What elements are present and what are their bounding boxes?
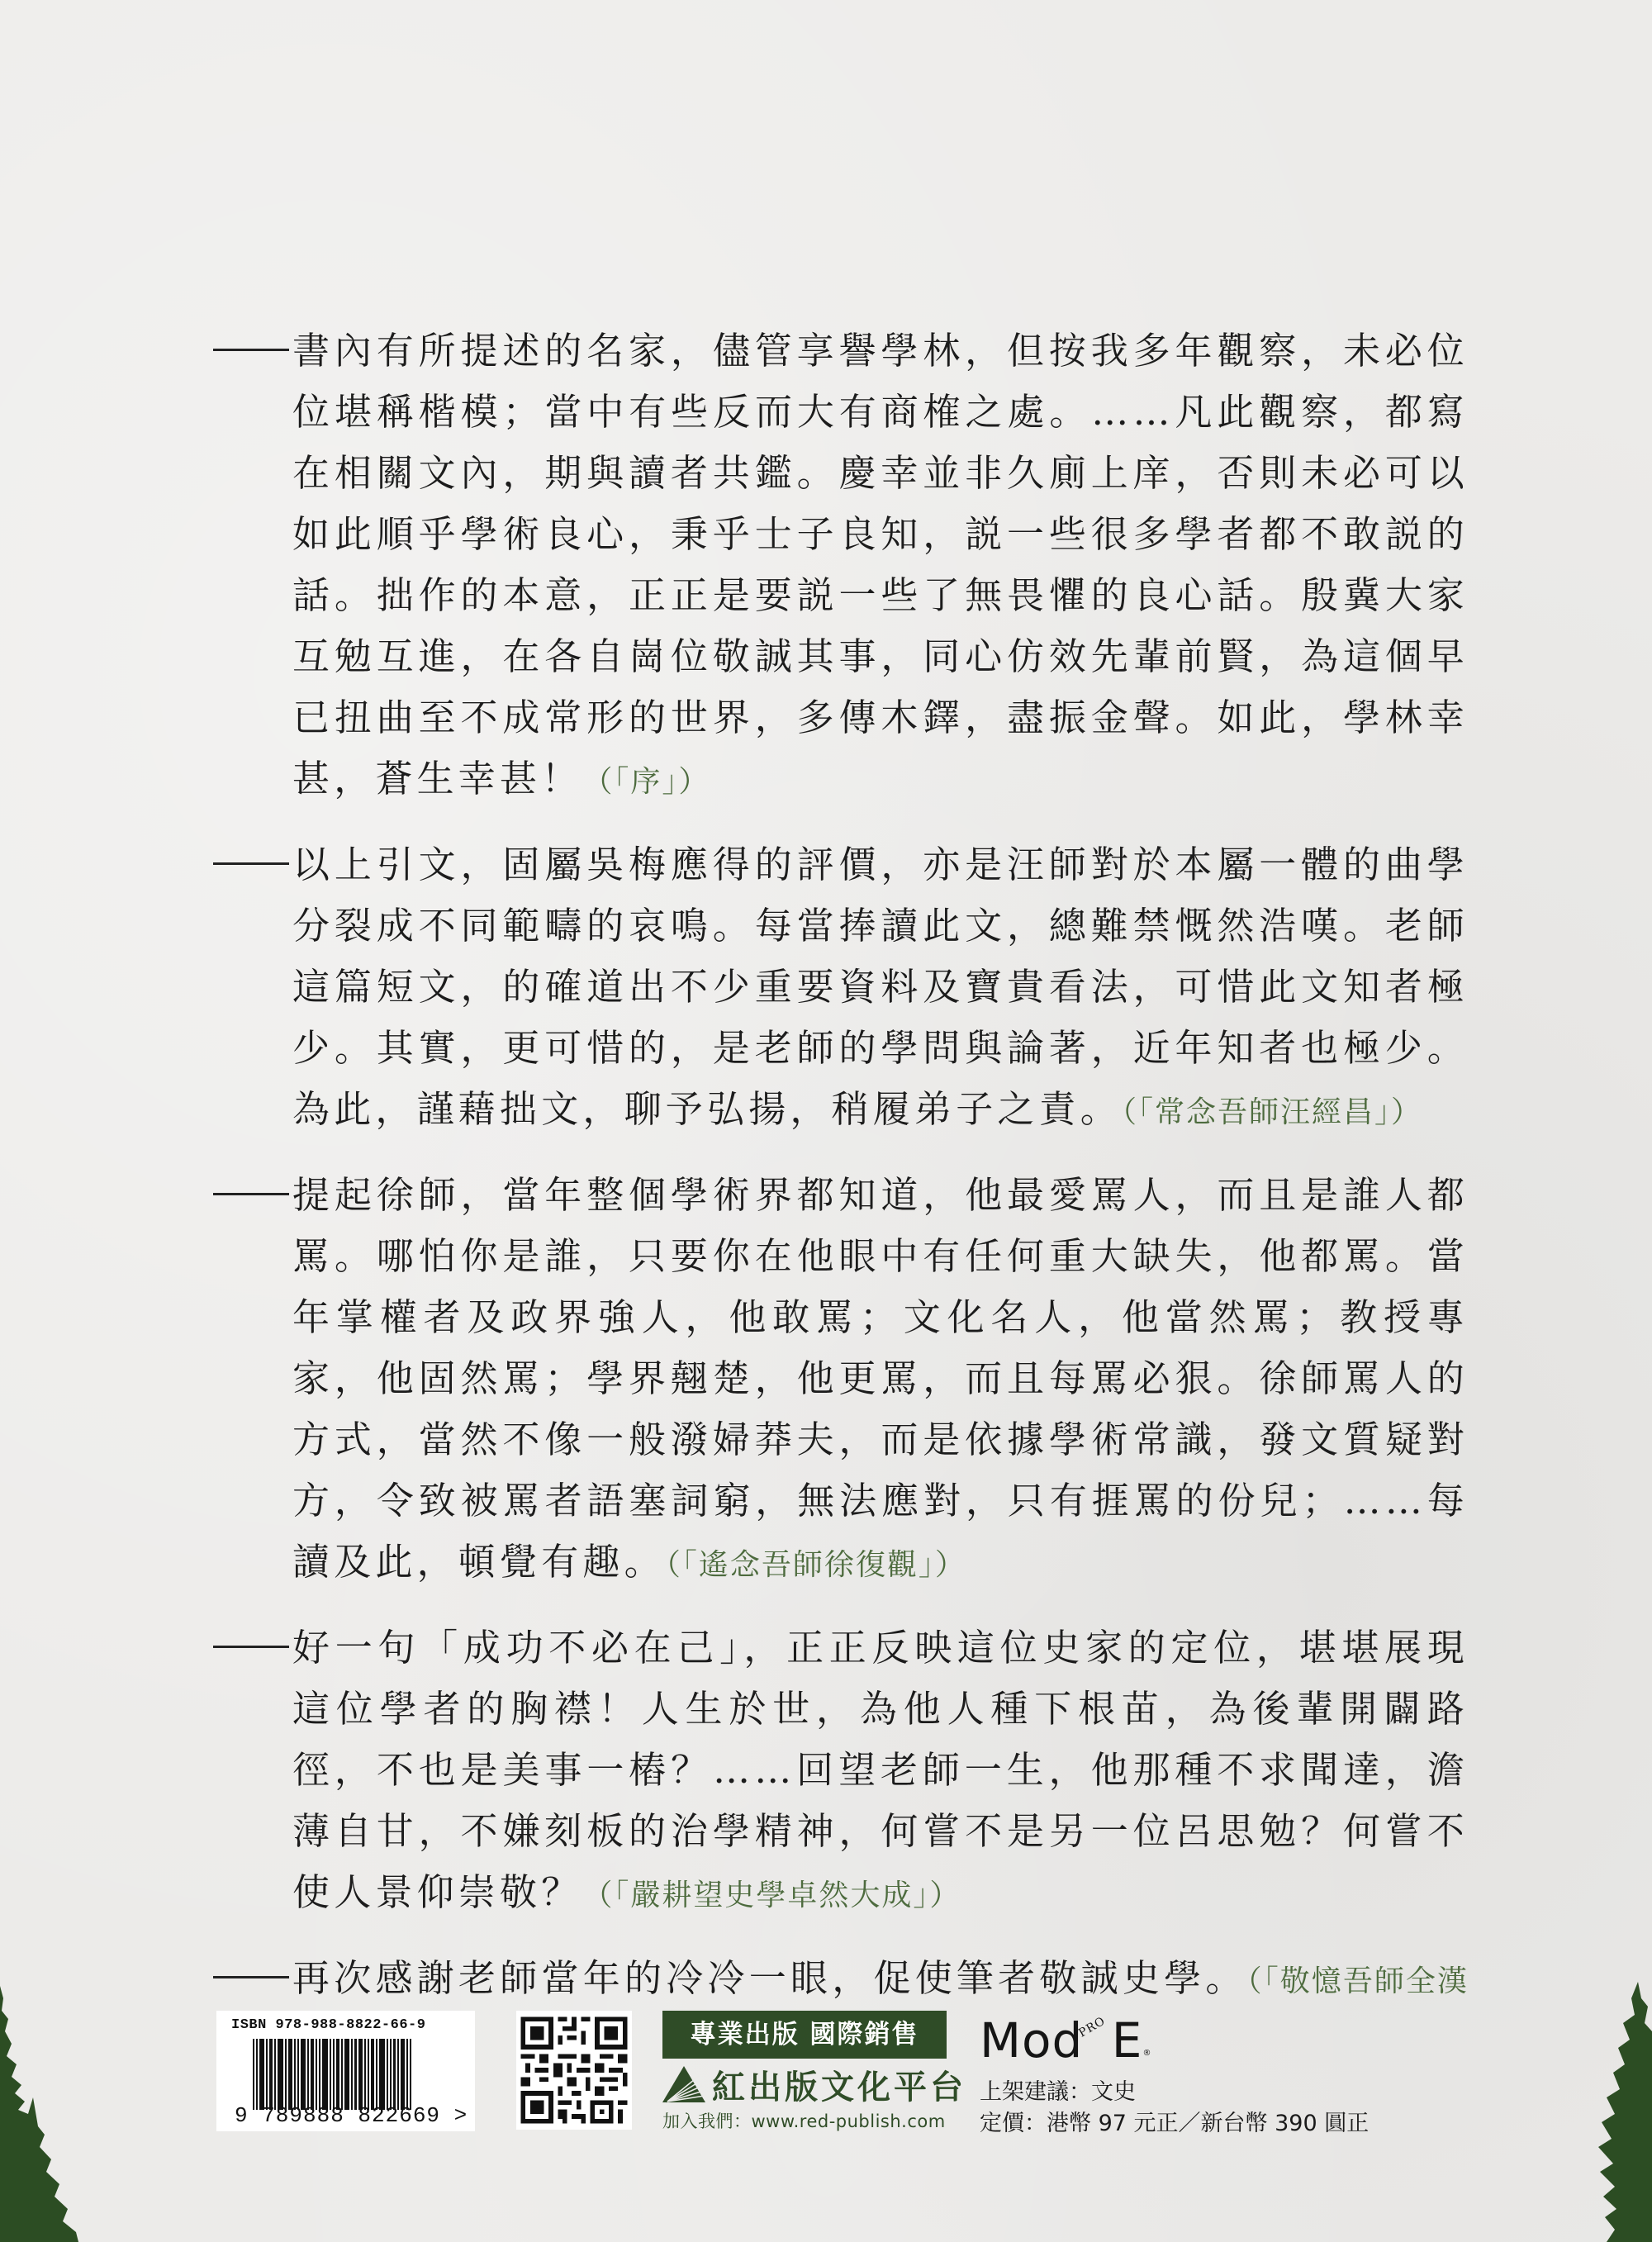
quote-item: 書內有所提述的名家，儘管享譽學林，但按我多年觀察，未必位位堪稱楷模；當中有些反而… [213, 321, 1469, 813]
quote-citation: （「嚴耕望史學卓然大成」） [582, 1879, 961, 1912]
imprint-logo: ModPROE® [980, 2016, 1151, 2078]
quote-citation: （「序」） [582, 765, 710, 799]
isbn-barcode: ISBN 978-988-8822-66-9 9 789888 822669 > [216, 2011, 475, 2131]
quote-body: 好一句「成功不必在己」，正正反映這位史家的定位，堪堪展現這位學者的胸襟！人生於世… [292, 1617, 1469, 1926]
quote-text: 以上引文，固屬吳梅應得的評價，亦是汪師對於本屬一體的曲學分裂成不同範疇的哀鳴。每… [292, 843, 1469, 1131]
quote-text: 書內有所提述的名家，儘管享譽學林，但按我多年觀察，未必位位堪稱楷模；當中有些反而… [292, 329, 1469, 800]
em-dash [213, 1193, 289, 1195]
barcode-bars-icon [253, 2039, 451, 2110]
quote-citation: （「常念吾師汪經昌」） [1122, 1095, 1422, 1129]
fan-logo-icon [662, 2066, 705, 2102]
publisher-logo: 紅出版文化平台 [662, 2064, 966, 2105]
logo-main: Mod [980, 2012, 1083, 2069]
quote-citation: （「遙念吾師徐復觀」） [666, 1548, 966, 1582]
qr-code-icon [516, 2011, 632, 2130]
publisher-banner: 專業出版 國際銷售 [662, 2011, 947, 2059]
em-dash [213, 1646, 289, 1648]
price: 定價：港幣 97 元正／新台幣 390 圓正 [980, 2105, 1369, 2137]
tree-silhouette-icon [0, 1969, 78, 2242]
quote-body: 書內有所提述的名家，儘管享譽學林，但按我多年觀察，未必位位堪稱楷模；當中有些反而… [292, 321, 1469, 813]
em-dash [213, 862, 289, 865]
em-dash [213, 1976, 289, 1978]
barcode-digits: 9 789888 822669 > [235, 2103, 468, 2128]
em-dash [213, 349, 289, 351]
quote-item: 以上引文，固屬吳梅應得的評價，亦是汪師對於本屬一體的曲學分裂成不同範疇的哀鳴。每… [213, 834, 1469, 1143]
isbn-label: ISBN 978-988-8822-66-9 [231, 2017, 425, 2033]
shelf-suggestion: 上架建議：文史 [980, 2073, 1136, 2106]
quote-item: 提起徐師，當年整個學術界都知道，他最愛罵人，而且是誰人都罵。哪怕你是誰，只要你在… [213, 1165, 1469, 1596]
quote-text: 再次感謝老師當年的冷冷一眼，促使筆者敬誠史學。 [292, 1956, 1247, 2000]
quote-item: 好一句「成功不必在己」，正正反映這位史家的定位，堪堪展現這位學者的胸襟！人生於世… [213, 1617, 1469, 1926]
quote-text: 好一句「成功不必在己」，正正反映這位史家的定位，堪堪展現這位學者的胸襟！人生於世… [292, 1626, 1469, 1914]
quote-text: 提起徐師，當年整個學術界都知道，他最愛罵人，而且是誰人都罵。哪怕你是誰，只要你在… [292, 1173, 1469, 1584]
publisher-name: 紅出版文化平台 [712, 2061, 966, 2108]
registered-icon: ® [1142, 2049, 1151, 2058]
publisher-url[interactable]: 加入我們：www.red-publish.com [662, 2108, 946, 2133]
quote-list: 書內有所提述的名家，儘管享譽學林，但按我多年觀察，未必位位堪稱楷模；當中有些反而… [213, 321, 1469, 2098]
quote-body: 以上引文，固屬吳梅應得的評價，亦是汪師對於本屬一體的曲學分裂成不同範疇的哀鳴。每… [292, 834, 1469, 1143]
tree-silhouette-icon [1582, 1974, 1652, 2242]
quote-body: 提起徐師，當年整個學術界都知道，他最愛罵人，而且是誰人都罵。哪怕你是誰，只要你在… [292, 1165, 1469, 1596]
